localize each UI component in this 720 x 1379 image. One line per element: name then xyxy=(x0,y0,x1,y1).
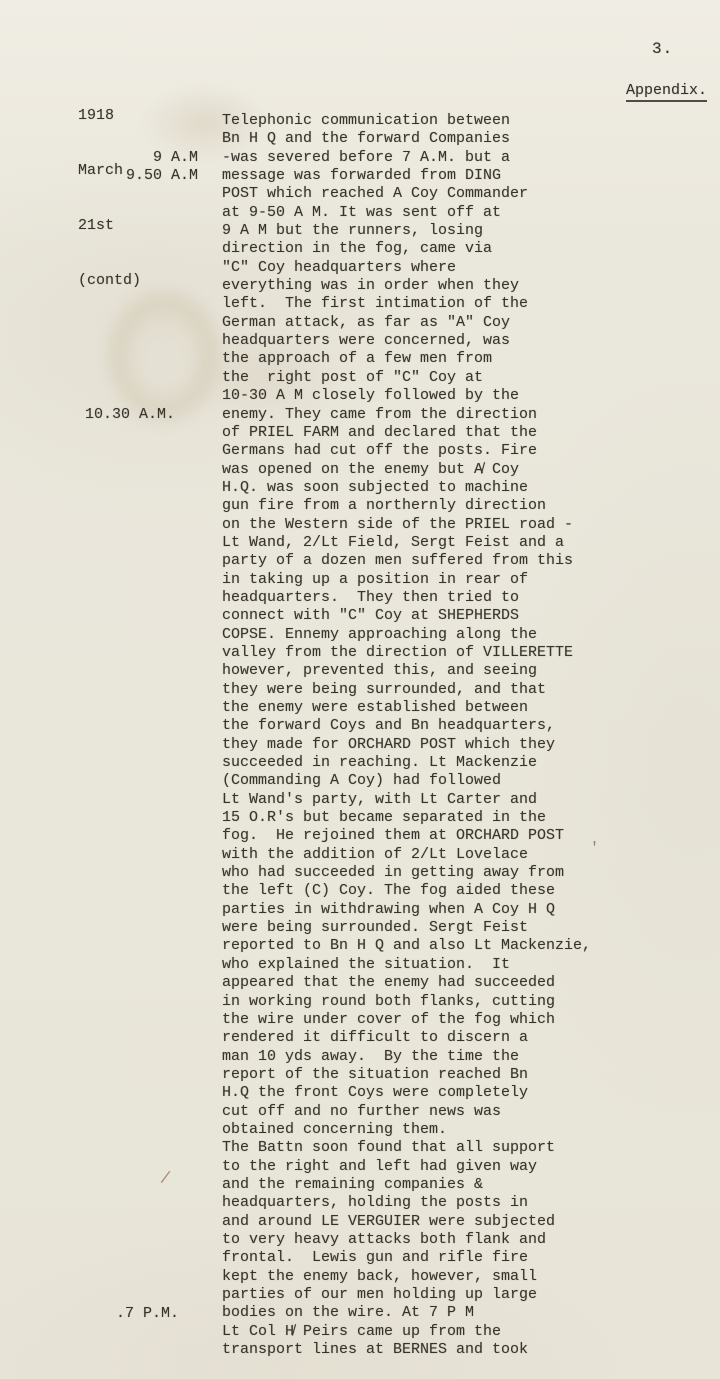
page-number: 3. xyxy=(652,40,673,58)
body-line: H.Q. was soon subjected to machine xyxy=(222,479,591,497)
body-line: and around LE VERGUIER were subjected xyxy=(222,1213,591,1231)
body-line: Lt Wand, 2/Lt Field, Sergt Feist and a xyxy=(222,534,591,552)
body-line: rendered it difficult to discern a xyxy=(222,1029,591,1047)
body-line: they made for ORCHARD POST which they xyxy=(222,736,591,754)
body-line: reported to Bn H Q and also Lt Mackenzie… xyxy=(222,937,591,955)
margin-time: 9.50 A.M xyxy=(126,167,198,184)
body-line: 15 O.R's but became separated in the xyxy=(222,809,591,827)
body-line: the approach of a few men from xyxy=(222,350,591,368)
body-line: left. The first intimation of the xyxy=(222,295,591,313)
body-line: they were being surrounded, and that xyxy=(222,681,591,699)
body-line: the left (C) Coy. The fog aided these xyxy=(222,882,591,900)
stray-pencil-slash-mark: / xyxy=(159,1169,172,1189)
body-line: Germans had cut off the posts. Fire xyxy=(222,442,591,460)
body-line: valley from the direction of VILLERETTE xyxy=(222,644,591,662)
body-line: however, prevented this, and seeing xyxy=(222,662,591,680)
body-line: and the remaining companies & xyxy=(222,1176,591,1194)
body-line: to the right and left had given way xyxy=(222,1158,591,1176)
date-block: 1918 March 21st (contd) xyxy=(78,70,141,327)
body-line: parties of our men holding up large xyxy=(222,1286,591,1304)
body-line: enemy. They came from the direction xyxy=(222,406,591,424)
body-line: parties in withdrawing when A Coy H Q xyxy=(222,901,591,919)
body-line: 10-30 A M closely followed by the xyxy=(222,387,591,405)
body-line: the forward Coys and Bn headquarters, xyxy=(222,717,591,735)
body-line: cut off and no further news was xyxy=(222,1103,591,1121)
stray-ink-mark: ' xyxy=(590,840,599,857)
body-line: the enemy were established between xyxy=(222,699,591,717)
body-line: in working round both flanks, cutting xyxy=(222,993,591,1011)
body-line: bodies on the wire. At 7 P M xyxy=(222,1304,591,1322)
body-line: on the Western side of the PRIEL road - xyxy=(222,516,591,534)
body-line: connect with "C" Coy at SHEPHERDS xyxy=(222,607,591,625)
body-line: were being surrounded. Sergt Feist xyxy=(222,919,591,937)
margin-time: .7 P.M. xyxy=(116,1305,179,1322)
body-line: German attack, as far as "A" Coy xyxy=(222,314,591,332)
appendix-label: Appendix. xyxy=(626,82,707,102)
body-line: kept the enemy back, however, small xyxy=(222,1268,591,1286)
body-line: (Commanding A Coy) had followed xyxy=(222,772,591,790)
body-line: appeared that the enemy had succeeded xyxy=(222,974,591,992)
date-day: 21st xyxy=(78,217,141,235)
body-line: message was forwarded from DING xyxy=(222,167,591,185)
body-line: who had succeeded in getting away from xyxy=(222,864,591,882)
body-line: headquarters were concerned, was xyxy=(222,332,591,350)
body-line: -was severed before 7 A.M. but a xyxy=(222,149,591,167)
body-line: who explained the situation. It xyxy=(222,956,591,974)
body-line: report of the situation reached Bn xyxy=(222,1066,591,1084)
body-line: headquarters. They then tried to xyxy=(222,589,591,607)
body-line: Bn H Q and the forward Companies xyxy=(222,130,591,148)
body-line: "C" Coy headquarters where xyxy=(222,259,591,277)
body-line: man 10 yds away. By the time the xyxy=(222,1048,591,1066)
body-line: the wire under cover of the fog which xyxy=(222,1011,591,1029)
body-line: party of a dozen men suffered from this xyxy=(222,552,591,570)
body-line: succeeded in reaching. Lt Mackenzie xyxy=(222,754,591,772)
body-line: headquarters, holding the posts in xyxy=(222,1194,591,1212)
body-line: in taking up a position in rear of xyxy=(222,571,591,589)
body-line: of PRIEL FARM and declared that the xyxy=(222,424,591,442)
body-line: everything was in order when they xyxy=(222,277,591,295)
body-line: to very heavy attacks both flank and xyxy=(222,1231,591,1249)
body-line: transport lines at BERNES and took xyxy=(222,1341,591,1359)
body-line: at 9-50 A M. It was sent off at xyxy=(222,204,591,222)
body-line: gun fire from a northernly direction xyxy=(222,497,591,515)
margin-time: 10.30 A.M. xyxy=(85,406,175,423)
date-year: 1918 xyxy=(78,107,141,125)
body-line: was opened on the enemy but A̸ Coy xyxy=(222,461,591,479)
body-line: Lt Col H̸ Peirs came up from the xyxy=(222,1323,591,1341)
body-line: POST which reached A Coy Commander xyxy=(222,185,591,203)
date-contd: (contd) xyxy=(78,272,141,290)
body-line: direction in the fog, came via xyxy=(222,240,591,258)
body-line: H.Q the front Coys were completely xyxy=(222,1084,591,1102)
body-line: COPSE. Ennemy approaching along the xyxy=(222,626,591,644)
margin-time: 9 A.M xyxy=(153,149,198,166)
document-page: 3. Appendix. 1918 March 21st (contd) 9 A… xyxy=(0,0,720,1379)
body-line: The Battn soon found that all support xyxy=(222,1139,591,1157)
body-text: Telephonic communication betweenBn H Q a… xyxy=(222,112,591,1359)
body-line: obtained concerning them. xyxy=(222,1121,591,1139)
body-line: 9 A M but the runners, losing xyxy=(222,222,591,240)
body-line: with the addition of 2/Lt Lovelace xyxy=(222,846,591,864)
body-line: the right post of "C" Coy at xyxy=(222,369,591,387)
body-line: frontal. Lewis gun and rifle fire xyxy=(222,1249,591,1267)
body-line: Telephonic communication between xyxy=(222,112,591,130)
body-line: fog. He rejoined them at ORCHARD POST xyxy=(222,827,591,845)
body-line: Lt Wand's party, with Lt Carter and xyxy=(222,791,591,809)
